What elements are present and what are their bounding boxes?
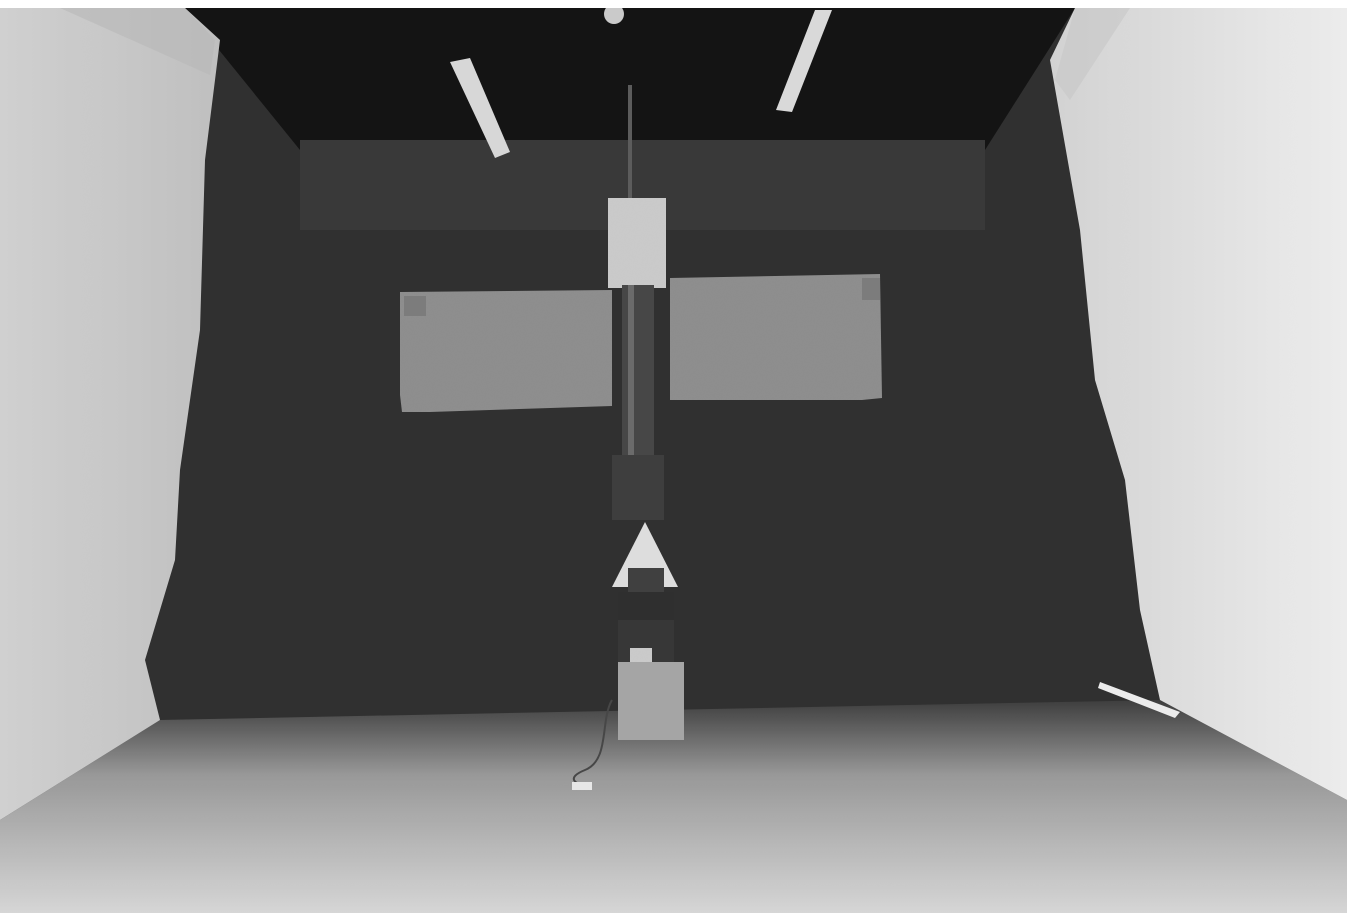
photograph xyxy=(0,0,1347,913)
photo-scene xyxy=(0,0,1347,913)
